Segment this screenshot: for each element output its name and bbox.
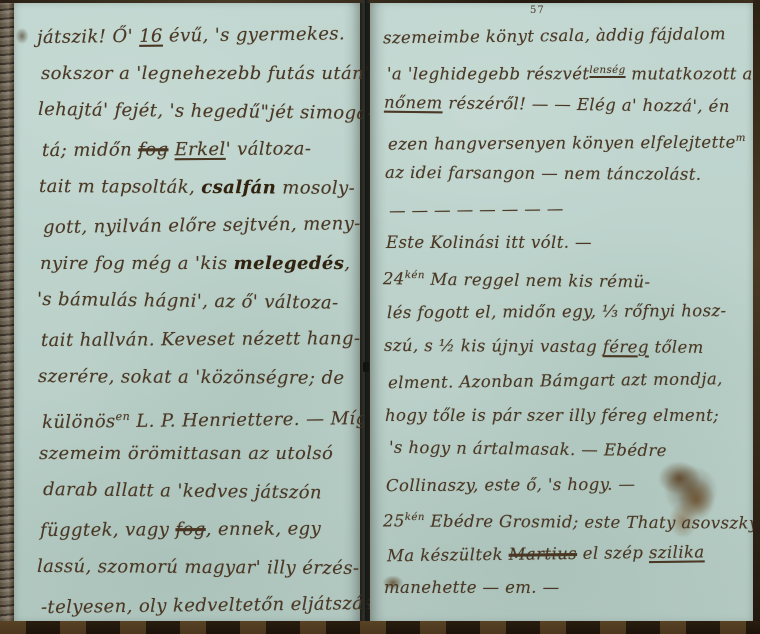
manuscript-line: játszik! Ő' 16 évű, 's gyermekes. bbox=[37, 15, 381, 57]
manuscript-line: tait m tapsolták, csalfán mosoly- bbox=[39, 168, 382, 208]
manuscript-line: nőnem részéről! — — Elég a' hozzá', én bbox=[384, 86, 760, 125]
manuscript-line: szerére, sokat a 'közönségre; de bbox=[38, 358, 381, 398]
manuscript-line: Este Kolinási itt vólt. — bbox=[386, 226, 760, 261]
book-right-edge bbox=[753, 0, 760, 634]
manuscript-line: függtek, vagy fog, ennek, egy bbox=[40, 510, 383, 550]
left-page-stain bbox=[14, 23, 34, 49]
left-page-text: játszik! Ő' 16 évű, 's gyermekes.sokszor… bbox=[38, 17, 381, 625]
manuscript-line: ezen hangversenyen könyen elfelejtettem bbox=[388, 121, 760, 158]
manuscript-line: különösen L. P. Henriettere. — Míg bbox=[42, 395, 386, 437]
manuscript-line: tait hallván. Keveset nézett hang- bbox=[41, 320, 384, 360]
manuscript-line: lehajtá' fejét, 's hegedű"jét simoga- bbox=[38, 91, 382, 133]
right-page: 57 szemeimbe könyt csala, àddig fájdalom… bbox=[370, 3, 754, 622]
manuscript-line: — — — — — — — — bbox=[389, 189, 760, 228]
manuscript-line: szemeim örömittasan az utolsó bbox=[39, 435, 382, 473]
manuscript-line: Ma készültek Martius el szép szilika bbox=[387, 534, 760, 573]
manuscript-line: elment. Azonban Bámgart azt mondja, bbox=[388, 362, 760, 401]
manuscript-line: gott, nyilván előre sejtvén, meny- bbox=[43, 205, 387, 247]
manuscript-line: 's hogy n ártalmasak. — Ebédre bbox=[389, 431, 760, 470]
manuscript-line: darab allatt a 'kedves játszón bbox=[43, 471, 387, 513]
manuscript-line: tá; midőn fog Erkel' változa- bbox=[42, 130, 385, 170]
manuscript-line: szemeimbe könyt csala, àddig fájdalom bbox=[383, 17, 760, 56]
manuscript-line: szú, s ½ kis újnyi vastag féreg tőlem bbox=[384, 328, 760, 365]
manuscript-line: lés fogott el, midőn egy, ⅓ rőfnyi hosz- bbox=[387, 294, 760, 331]
manuscript-line: 's bámulás hágni', az ő' változa- bbox=[37, 281, 381, 323]
manuscript-line: az idei farsangon — nem tánczolást. bbox=[385, 156, 760, 193]
manuscript-line: hogy tőle is pár szer illy féreg elment; bbox=[385, 399, 760, 434]
binding-edge bbox=[0, 0, 14, 634]
manuscript-line: lassú, szomorú magyar' illy érzés- bbox=[37, 548, 380, 588]
left-page: játszik! Ő' 16 évű, 's gyermekes.sokszor… bbox=[14, 3, 360, 622]
open-diary-book: játszik! Ő' 16 évű, 's gyermekes.sokszor… bbox=[0, 0, 760, 634]
binding-stitch bbox=[363, 362, 369, 372]
manuscript-line: nyire fog még a 'kis melegedés, bbox=[40, 245, 383, 283]
book-bottom-edge bbox=[0, 621, 760, 634]
manuscript-line: manehette — em. — bbox=[384, 571, 760, 606]
manuscript-line: 25kén Ebédre Grosmid; este Thaty asovszk… bbox=[383, 501, 760, 538]
manuscript-line: 24kén Ma reggel nem kis rémü- bbox=[383, 258, 760, 297]
manuscript-line: 'a 'leghidegebb részvétlenség mutatkozot… bbox=[387, 54, 760, 89]
page-number: 57 bbox=[530, 5, 545, 16]
manuscript-line: Collinaszy, este ő, 's hogy. — bbox=[386, 466, 760, 503]
center-gutter bbox=[360, 0, 370, 634]
manuscript-line: sokszor a 'legnehezebb futás után' bbox=[41, 55, 384, 93]
right-page-text: szemeimbe könyt csala, àddig fájdalom'a … bbox=[384, 19, 760, 606]
